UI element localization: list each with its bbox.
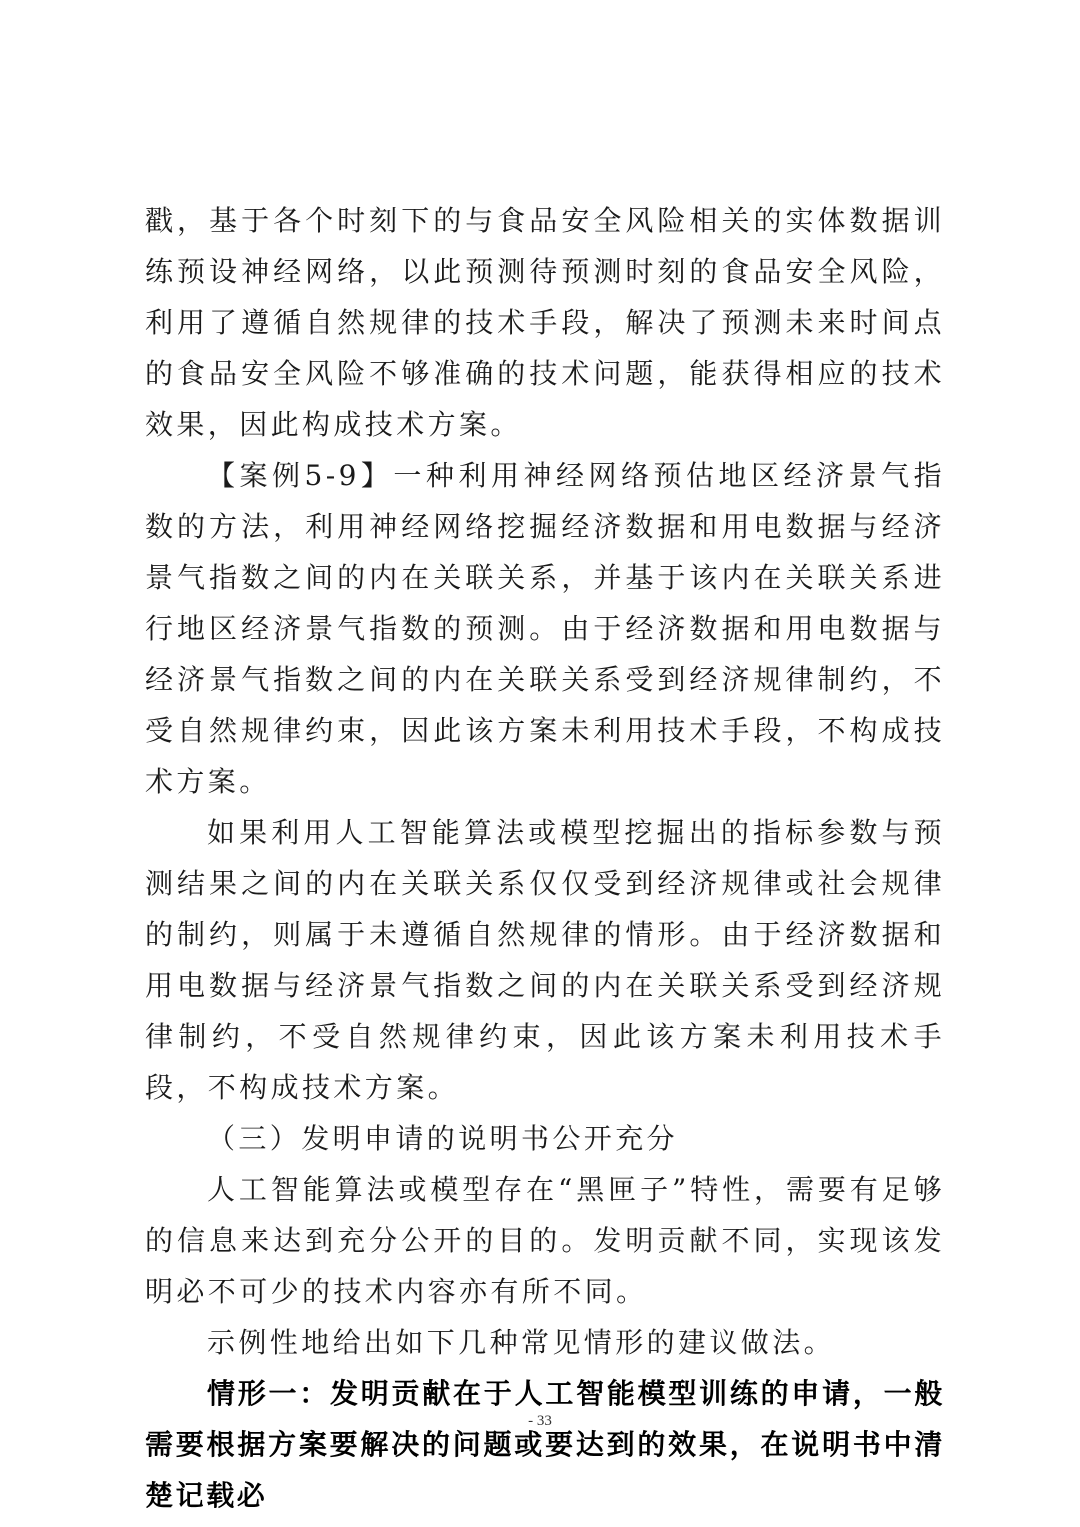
page-number: - 33 xyxy=(0,1413,1080,1430)
document-page: 戳，基于各个时刻下的与食品安全风险相关的实体数据训练预设神经网络，以此预测待预测… xyxy=(0,0,1080,1527)
section-heading: （三）发明申请的说明书公开充分 xyxy=(145,1113,945,1164)
paragraph-continuation: 戳，基于各个时刻下的与食品安全风险相关的实体数据训练预设神经网络，以此预测待预测… xyxy=(145,195,945,450)
paragraph-examples-intro: 示例性地给出如下几种常见情形的建议做法。 xyxy=(145,1317,945,1368)
paragraph-black-box: 人工智能算法或模型存在“黑匣子”特性，需要有足够的信息来达到充分公开的目的。发明… xyxy=(145,1164,945,1317)
paragraph-case-5-9: 【案例5-9】一种利用神经网络预估地区经济景气指数的方法，利用神经网络挖掘经济数… xyxy=(145,450,945,807)
paragraph-scenario-one: 情形一：发明贡献在于人工智能模型训练的申请，一般需要根据方案要解决的问题或要达到… xyxy=(145,1368,945,1521)
document-body: 戳，基于各个时刻下的与食品安全风险相关的实体数据训练预设神经网络，以此预测待预测… xyxy=(145,195,945,1521)
paragraph-analysis: 如果利用人工智能算法或模型挖掘出的指标参数与预测结果之间的内在关联关系仅仅受到经… xyxy=(145,807,945,1113)
